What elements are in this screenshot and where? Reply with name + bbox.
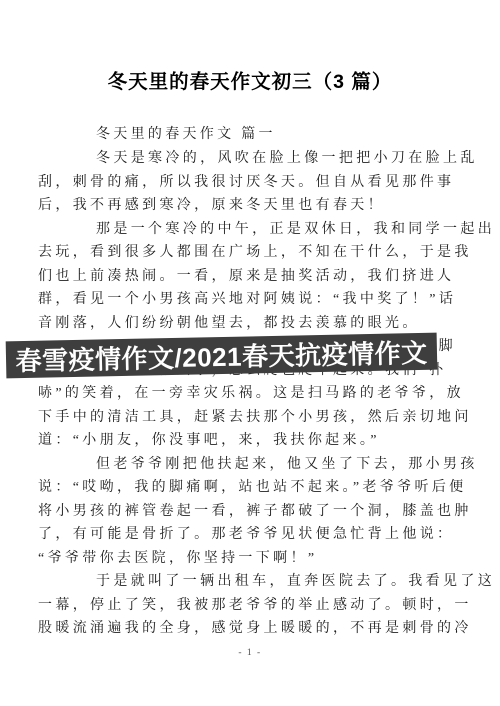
essay-line: 将小男孩的裤管卷起一看，裤子都破了一个洞，膝盖也肿 xyxy=(38,500,456,524)
essay-line: 冬天是寒冷的，风吹在脸上像一把把小刀在脸上乱 xyxy=(38,147,456,171)
page-number: - 1 - xyxy=(0,648,500,658)
essay-line: 群，看见一个小男孩高兴地对阿姨说：“我中奖了！”话 xyxy=(38,288,456,312)
essay-paragraph: 于是就叫了一辆出租车，直奔医院去了。我看见了这一幕，停止了笑，我被那老爷爷的举止… xyxy=(38,570,456,641)
essay-body: 冬天是寒冷的，风吹在脸上像一把把小刀在脸上乱刮，刺骨的痛，所以我很讨厌冬天。但自… xyxy=(38,147,456,641)
essay-paragraph: 那是一个寒冷的中午，正是双休日，我和同学一起出去玩，看到很多人都围在广场上，不知… xyxy=(38,218,456,336)
essay-line: 哧”的笑着，在一旁幸灾乐祸。这是扫马路的老爷爷，放 xyxy=(38,382,456,406)
essay-line: 了，有可能是骨折了。那老爷爷见状便急忙背上他说： xyxy=(38,523,456,547)
essay-line: 下手中的清洁工具，赶紧去扶那个小男孩，然后亲切地问 xyxy=(38,406,456,430)
essay-line: 股暖流涌遍我的全身，感觉身上暖暖的，不再是刺骨的冷 xyxy=(38,617,456,641)
essay-line: 刮，刺骨的痛，所以我很讨厌冬天。但自从看见那件事 xyxy=(38,171,456,195)
document-title: 冬天里的春天作文初三（3 篇） xyxy=(0,66,500,94)
essay-subtitle: 冬天里的春天作文 篇一 xyxy=(38,123,456,147)
essay-line: 去玩，看到很多人都围在广场上，不知在干什么，于是我 xyxy=(38,241,456,265)
essay-line: 后，我不再感到寒冷，原来冬天里也有春天！ xyxy=(38,194,456,218)
essay-line: 一幕，停止了笑，我被那老爷爷的举止感动了。顿时，一 xyxy=(38,594,456,618)
essay-paragraph: 但老爷爷刚把他扶起来，他又坐了下去，那小男孩说：“哎呦，我的脚痛啊，站也站不起来… xyxy=(38,453,456,571)
essay-line: 说：“哎呦，我的脚痛啊，站也站不起来。”老爷爷听后便 xyxy=(38,476,456,500)
essay-line: 们也上前凑热闹。一看，原来是抽奖活动，我们挤进人 xyxy=(38,265,456,289)
essay-line: 于是就叫了一辆出租车，直奔医院去了。我看见了这 xyxy=(38,570,456,594)
essay-line: 但老爷爷刚把他扶起来，他又坐了下去，那小男孩 xyxy=(38,453,456,477)
essay-line: “爷爷带你去医院，你坚持一下啊！” xyxy=(38,547,456,571)
essay-line: 道：“小朋友，你没事吧，来，我扶你起来。” xyxy=(38,429,456,453)
essay-paragraph: 冬天是寒冷的，风吹在脸上像一把把小刀在脸上乱刮，刺骨的痛，所以我很讨厌冬天。但自… xyxy=(38,147,456,218)
essay-line: 那是一个寒冷的中午，正是双休日，我和同学一起出 xyxy=(38,218,456,242)
document-page: 冬天里的春天作文初三（3 篇） 冬天里的春天作文 篇一 冬天是寒冷的，风吹在脸上… xyxy=(0,0,500,706)
essay-line: 音刚落，人们纷纷朝他望去，都投去羡慕的眼光。 xyxy=(38,312,456,336)
